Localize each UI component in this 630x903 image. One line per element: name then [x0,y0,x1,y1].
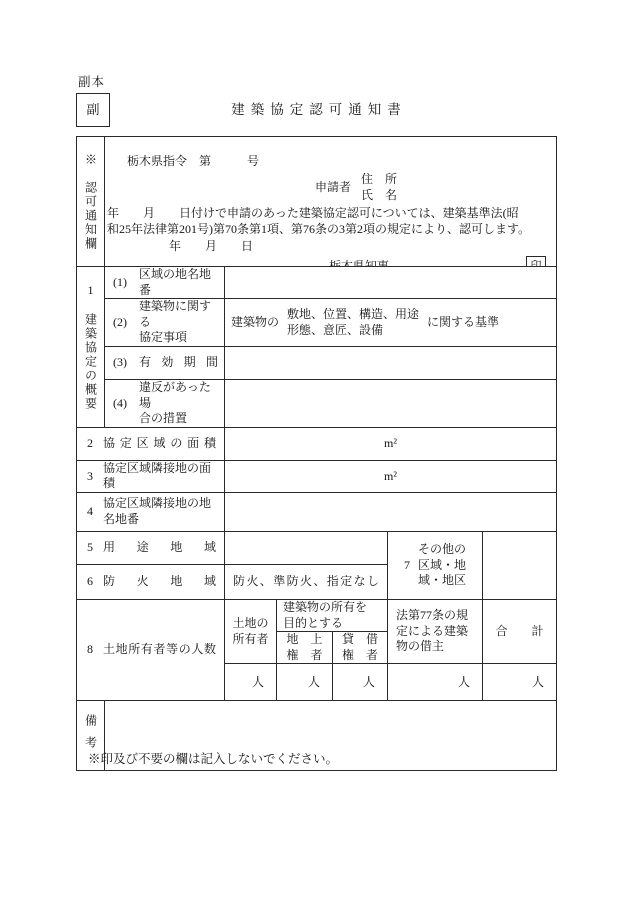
form-page: 副本 副 建築協定認可通知書 ※ 認可通知欄 栃木県指令 第 号 申請者 住 所… [0,0,630,903]
applicant-label: 申請者 [315,179,351,195]
section1-side-label: 1 建築協定の概要 [85,283,97,411]
row4-no: 4 [87,504,93,520]
row-landowners-header1: 8 土地所有者等の人数 土地の 所有者 建築物の所有を 目的とする 法第77条の… [77,599,557,631]
row4-value-cell [225,492,557,531]
applicant-fields: 住 所 氏 名 [361,171,397,203]
row-use-district: 5 用途地域 7 その他の 区域・地 域・地区 [77,531,557,564]
row8-no: 8 [87,642,93,658]
governor-line: 栃木県知事 印 [105,256,556,267]
item3-no: (3) [113,355,127,371]
item2-value-cell: 建築物の 敷地、位置、構造、用途 形態、意匠、設備 に関する基準 [225,299,557,347]
row6-value-cell: 防火、準防火、指定なし [225,564,388,599]
approval-body-line2: 和25年法律第201号)第70条第1項、第76条の3第2項の規定により、認可しま… [105,221,556,237]
row2-label: 協定区域の面積 [103,436,216,452]
total-count-cell: 人 [483,664,557,701]
row2-no: 2 [87,436,93,452]
section1-row4: (4) 違反があった場 合の措置 [77,379,557,427]
row5-label-cell: 5 用途地域 [77,531,225,564]
copy-note-label: 副本 [78,74,105,90]
page-title: 建築協定認可通知書 [76,101,556,119]
row6-no: 6 [87,574,93,590]
section1-row3: (3) 有効期間 [77,346,557,379]
row5-label: 用途地域 [103,540,216,556]
item3-label: 有効期間 [139,355,218,371]
item1-value-cell [225,267,557,299]
col-article77-header: 法第77条の規 定による建築 物の借主 [388,599,483,663]
row5-no: 5 [87,540,93,556]
row3-unit: m² [384,469,397,483]
approval-notice-table: ※ 認可通知欄 栃木県指令 第 号 申請者 住 所 氏 名 年 月 日付けで申請… [76,136,557,771]
row5-value-cell [225,531,388,564]
row-area: 2 協定区域の面積 m² [77,427,557,460]
item4-label-cell: (4) 違反があった場 合の措置 [105,379,225,427]
row3-value-cell: m² [225,460,557,492]
item4-value-cell [225,379,557,427]
item2-no: (2) [113,315,127,331]
row2-label-cell: 2 協定区域の面積 [77,427,225,460]
item4-no: (4) [113,396,127,412]
approval-side-cell: ※ 認可通知欄 [77,137,105,267]
row7-value-cell [483,531,557,599]
item1-no: (1) [113,275,127,291]
surface-right-count-cell: 人 [277,664,333,701]
item4-label: 違反があった場 合の措置 [139,380,218,427]
row7-label-cell: 7 その他の 区域・地 域・地区 [388,531,483,599]
row-adjacent-area: 3 協定区域隣接地の面 積 m² [77,460,557,492]
row8-label-cell: 8 土地所有者等の人数 [77,599,225,700]
item2-value-prefix: 建築物の [231,315,279,331]
item1-label: 区域の地名地番 [139,267,218,298]
row6-value: 防火、準防火、指定なし [233,574,379,590]
col-surface-right-header: 地 上 権 者 [277,632,333,664]
row8-label: 土地所有者等の人数 [103,642,216,658]
approval-date-line: 年 月 日 [105,238,556,254]
row2-unit: m² [384,436,397,450]
col-building-purpose-header: 建築物の所有を 目的とする [277,599,388,631]
lease-right-count-cell: 人 [333,664,388,701]
row7-label: その他の 区域・地 域・地区 [418,542,466,589]
row3-label-cell: 3 協定区域隣接地の面 積 [77,460,225,492]
item2-label: 建築物に関する 協定事項 [139,299,218,346]
row7-no: 7 [404,558,410,574]
row3-no: 3 [87,469,93,485]
col-total-header: 合 計 [483,599,557,663]
applicant-block: 申請者 住 所 氏 名 [105,171,556,203]
col-lease-right-header: 貸 借 権 者 [333,632,388,664]
row6-label-cell: 6 防火地域 [77,564,225,599]
article77-count-cell: 人 [388,664,483,701]
item1-label-cell: (1) 区域の地名地番 [105,267,225,299]
section1-side-cell: 1 建築協定の概要 [77,267,105,428]
row6-label: 防火地域 [103,574,216,590]
section1-row2: (2) 建築物に関する 協定事項 建築物の 敷地、位置、構造、用途 形態、意匠、… [77,299,557,347]
approval-row: ※ 認可通知欄 栃木県指令 第 号 申請者 住 所 氏 名 年 月 日付けで申請… [77,137,557,267]
approval-body-line1: 年 月 日付けで申請のあった建築協定認可については、建築基準法(昭 [105,205,556,221]
row3-label: 協定区域隣接地の面 積 [103,461,216,492]
seal-box: 印 [526,256,546,267]
directive-number-line: 栃木県指令 第 号 [105,153,556,169]
row-adjacent-lot: 4 協定区域隣接地の地 名地番 [77,492,557,531]
row4-label: 協定区域隣接地の地 名地番 [103,496,216,527]
approval-content-cell: 栃木県指令 第 号 申請者 住 所 氏 名 年 月 日付けで申請のあった建築協定… [105,137,557,267]
item3-value-cell [225,346,557,379]
item2-label-cell: (2) 建築物に関する 協定事項 [105,299,225,347]
row2-value-cell: m² [225,427,557,460]
governor-name: 栃木県知事 [329,258,389,267]
item2-value-suffix: に関する基準 [427,315,499,331]
col-landowner-header: 土地の 所有者 [225,599,277,663]
section1-row1: 1 建築協定の概要 (1) 区域の地名地番 [77,267,557,299]
row4-label-cell: 4 協定区域隣接地の地 名地番 [77,492,225,531]
footer-note: ※印及び不要の欄は記入しないでください。 [88,751,338,767]
item2-value-stack: 敷地、位置、構造、用途 形態、意匠、設備 [287,307,419,338]
approval-side-label: ※ 認可通知欄 [85,153,97,251]
landowner-count-cell: 人 [225,664,277,701]
item3-label-cell: (3) 有効期間 [105,346,225,379]
